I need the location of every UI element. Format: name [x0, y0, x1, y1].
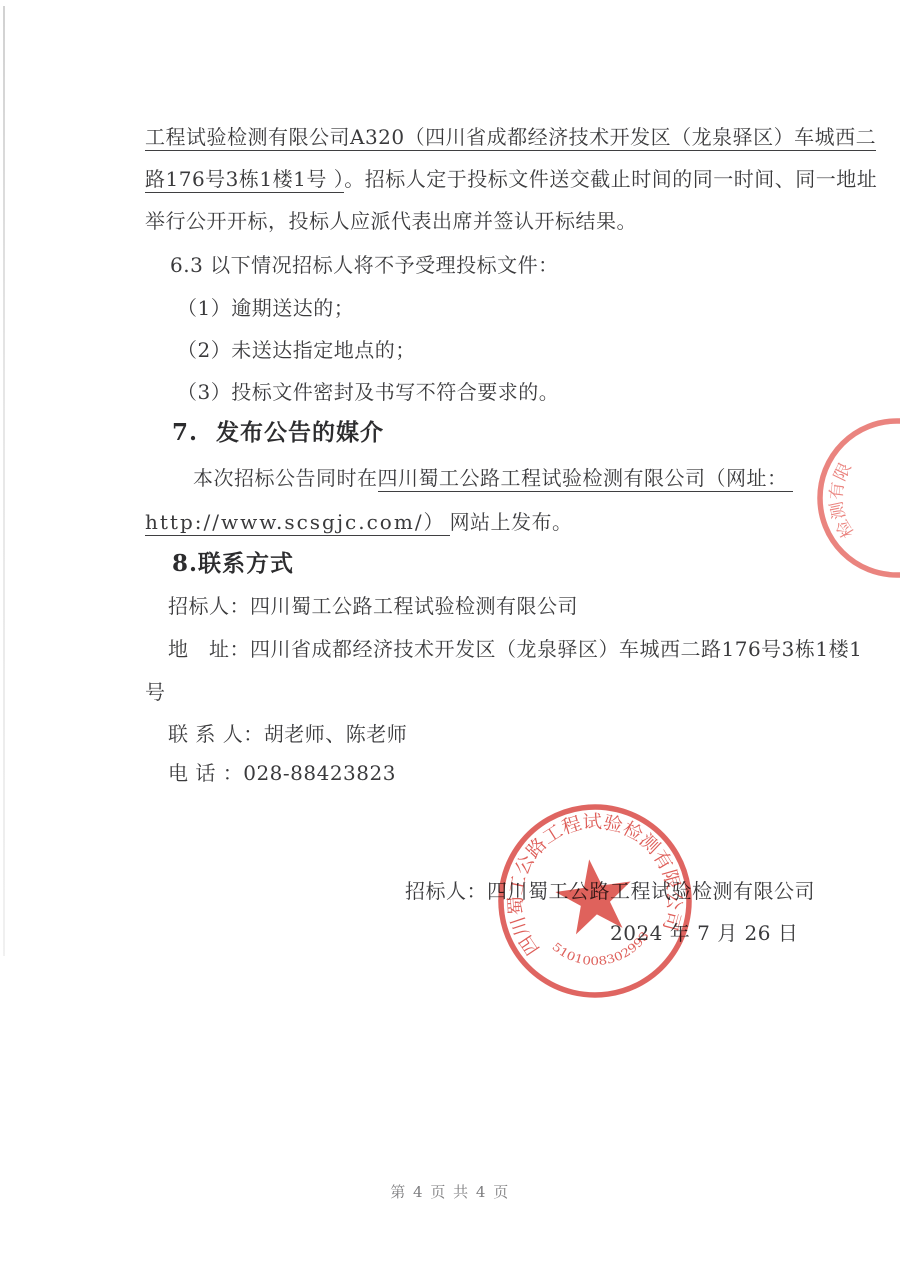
partial-seal: 检测有限: [780, 402, 900, 597]
body-text: 本次招标公告同时在: [193, 466, 378, 490]
underlined-website-url: http://www.scsgjc.com/）: [145, 510, 450, 536]
phone-line: 电 话 ：028-88423823: [168, 760, 828, 786]
underlined-address-text: 工程试验检测有限公司A320（四川省成都经济技术开发区（龙泉驿区）车城西二: [145, 125, 876, 151]
scan-edge-artifact: [3, 6, 5, 956]
page-footer: 第 4 页 共 4 页: [0, 1181, 900, 1202]
announcement-media-line-1: 本次招标公告同时在四川蜀工公路工程试验检测有限公司（网址：: [193, 465, 853, 491]
seal-star-icon: [552, 854, 637, 936]
underlined-company-text: 四川蜀工公路工程试验检测有限公司（网址：: [378, 466, 793, 492]
rejection-item-1: （1）逾期送达的；: [177, 295, 837, 321]
paragraph-continuation-line-3: 举行公开开标，投标人应派代表出席并签认开标结果。: [145, 208, 805, 234]
scanned-document-page: { "document": { "para_continuation": { "…: [0, 0, 900, 1272]
seal-serial-number: 5101008302993: [548, 927, 655, 975]
address-line-1: 地 址：四川省成都经济技术开发区（龙泉驿区）车城西二路176号3栋1楼1: [168, 636, 828, 662]
address-line-2: 号: [145, 679, 805, 705]
company-seal: 四川蜀工公路工程试验检测有限公司 5101008302993: [488, 794, 703, 1009]
paragraph-continuation-line-1: 工程试验检测有限公司A320（四川省成都经济技术开发区（龙泉驿区）车城西二: [145, 124, 805, 150]
underlined-address-text: 路176号3栋1楼1号 ）: [145, 167, 344, 193]
section-8-heading: 8.联系方式: [172, 551, 832, 577]
announcement-media-line-2: http://www.scsgjc.com/）网站上发布。: [145, 509, 805, 535]
body-text: 网站上发布。: [450, 510, 573, 534]
section-7-heading: 7. 发布公告的媒介: [172, 420, 832, 446]
partial-seal-text: 检测有限: [826, 460, 857, 542]
rejection-item-2: （2）未送达指定地点的；: [177, 337, 837, 363]
tenderer-line: 招标人：四川蜀工公路工程试验检测有限公司: [168, 593, 828, 619]
rejection-item-3: （3）投标文件密封及书写不符合要求的。: [177, 379, 837, 405]
clause-6-3-heading: 6.3 以下情况招标人将不予受理投标文件：: [170, 252, 830, 278]
paragraph-continuation-line-2: 路176号3栋1楼1号 ）。招标人定于投标文件送交截止时间的同一时间、同一地址: [145, 166, 805, 192]
contact-person-line: 联 系 人：胡老师、陈老师: [168, 721, 828, 747]
body-text: 。招标人定于投标文件送交截止时间的同一时间、同一地址: [344, 167, 877, 191]
